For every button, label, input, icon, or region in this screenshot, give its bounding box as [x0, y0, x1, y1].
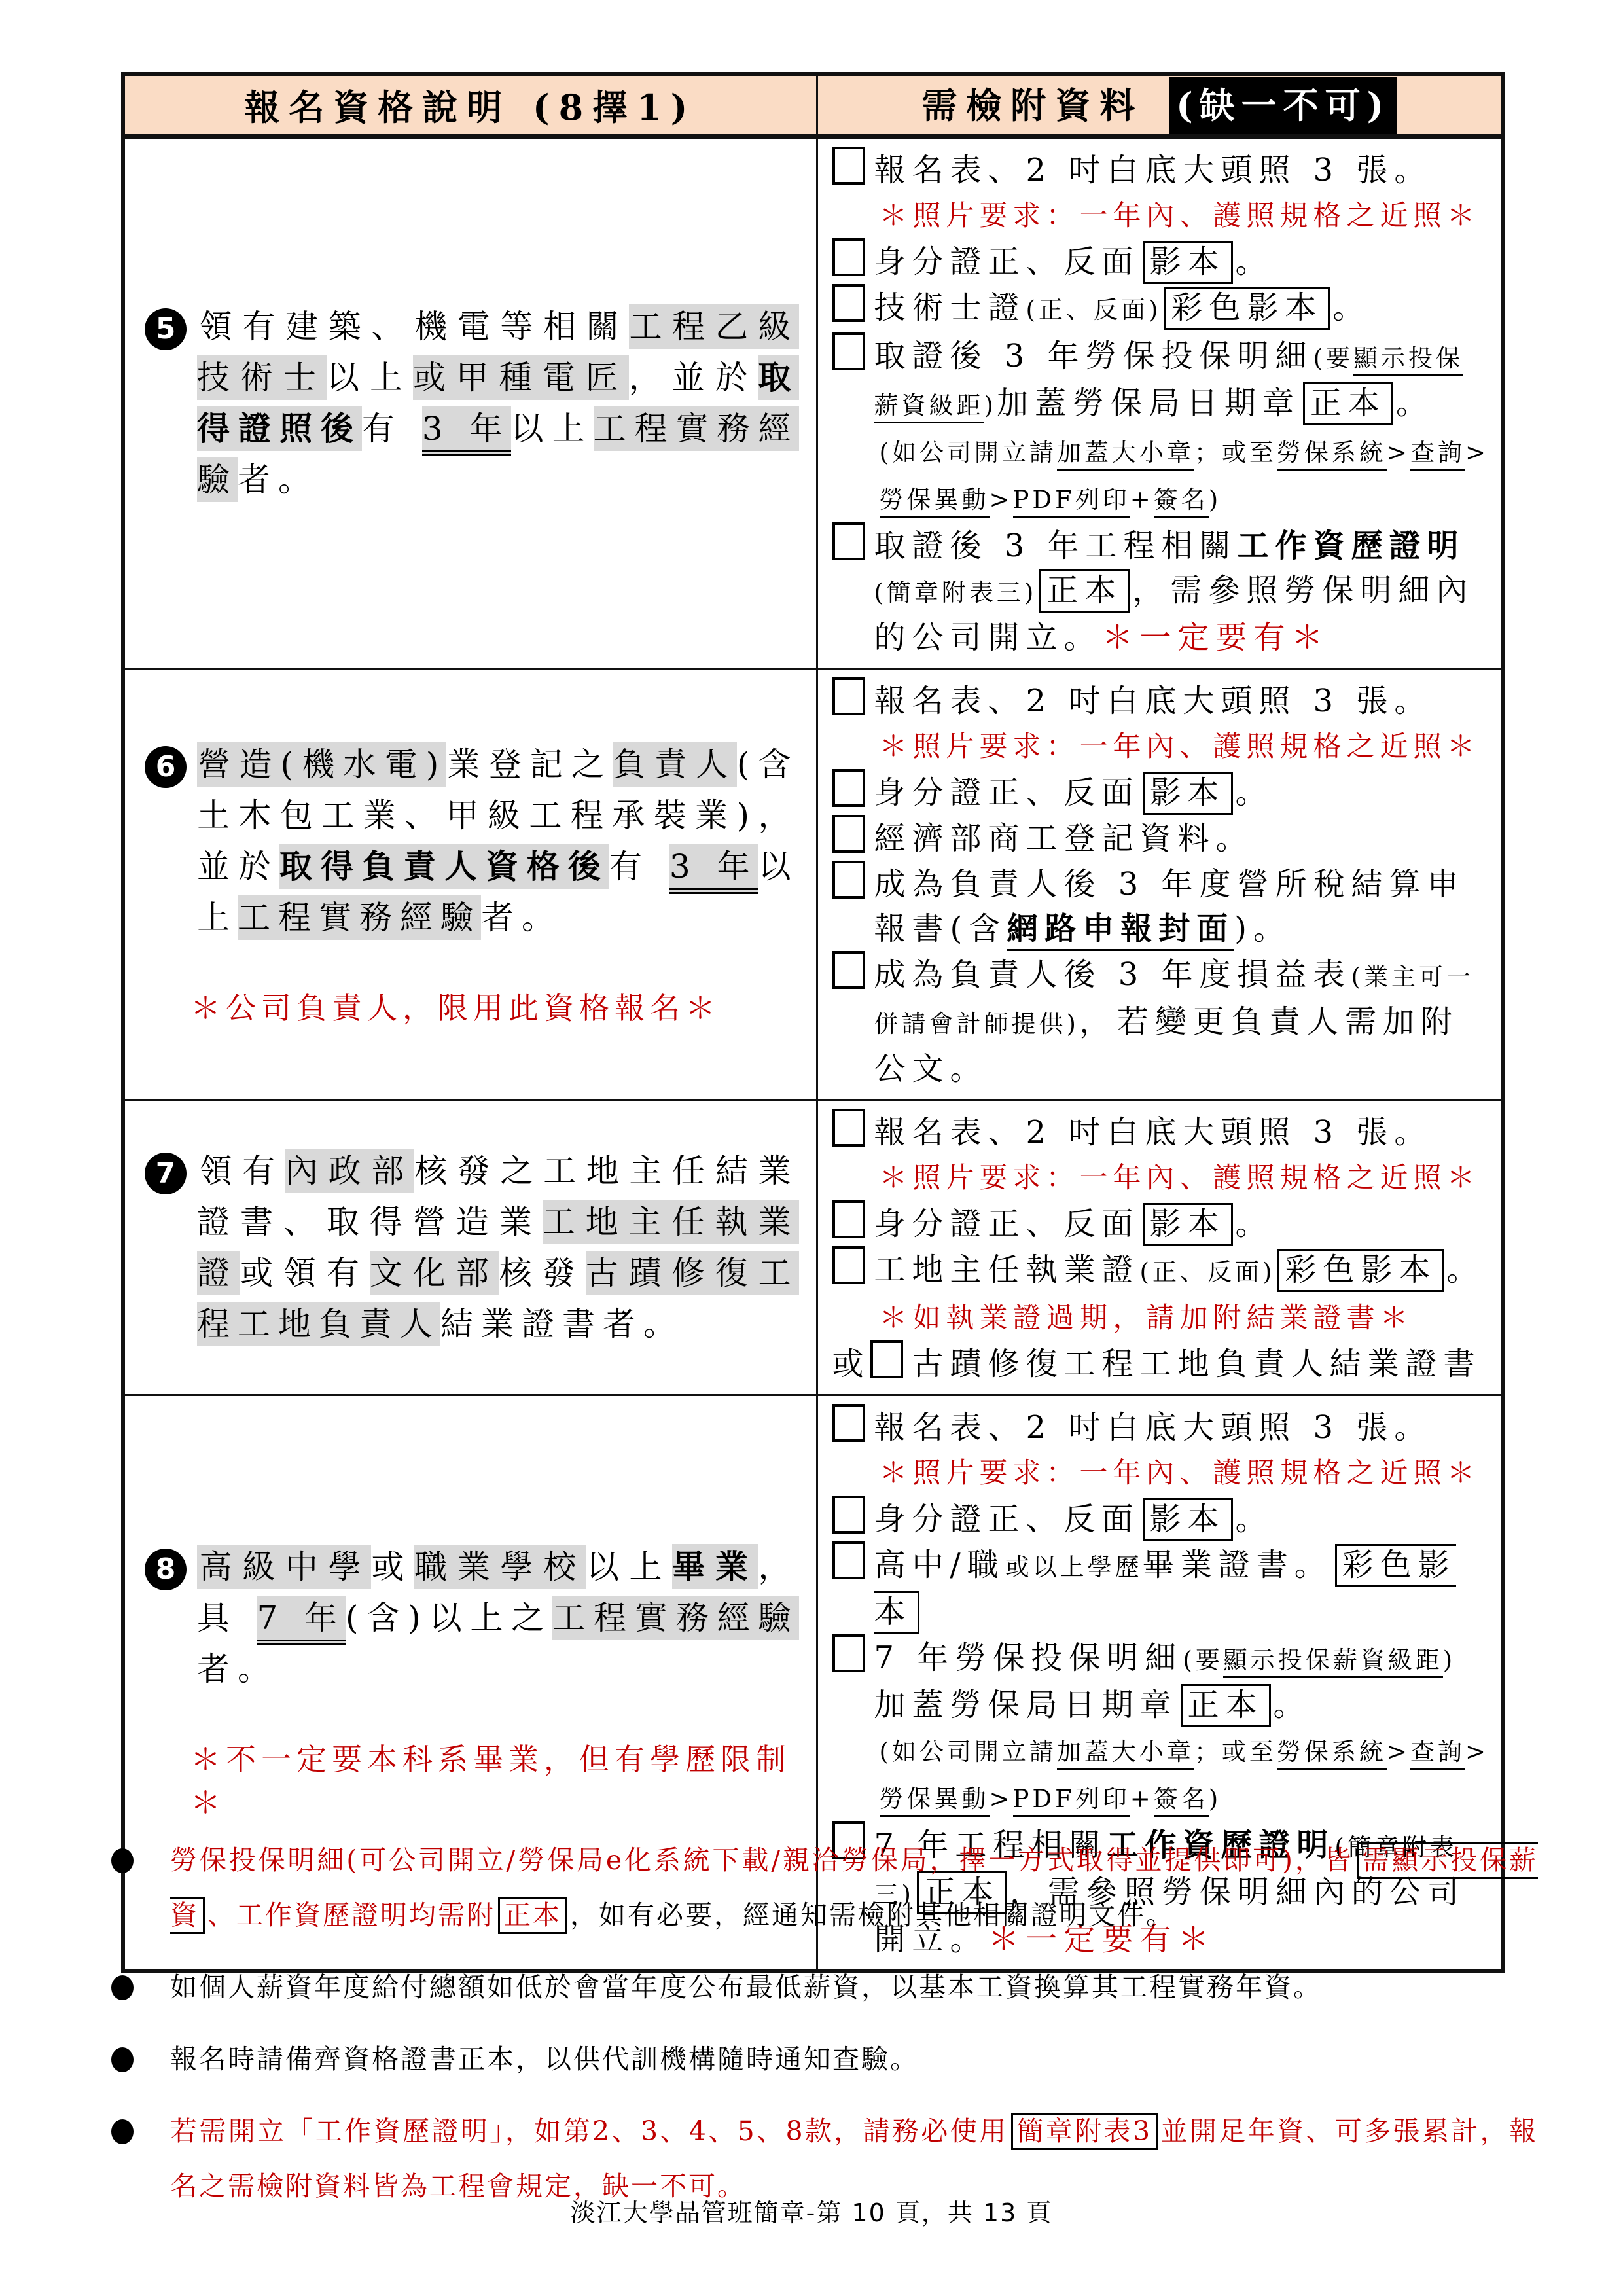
qualification-text: 5領有建築、機電等相關工程乙級技術士以上或甲種電匠，並於取得證照後有 3 年以上…: [145, 301, 799, 505]
text-run: 或甲種電匠: [413, 355, 629, 400]
bullet-icon: [111, 2047, 134, 2072]
document-item: 或古蹟修復工程工地負責人結業證書: [832, 1340, 1491, 1386]
text-run: >: [1465, 439, 1489, 467]
text-run: 。: [1236, 1206, 1274, 1242]
text-run: 負責人: [613, 742, 737, 787]
text-run: 畢業證書。: [1143, 1547, 1332, 1583]
document-item: 7 年勞保投保明細(要顯示投保薪資級距)加蓋勞保局日期章正本。: [832, 1634, 1491, 1727]
text-run: 或: [371, 1548, 414, 1586]
text-run: 報名時請備齊資格證書正本，以供代訓機構隨時通知查驗。: [170, 2043, 919, 2075]
document-item: 身分證正、反面影本。: [832, 238, 1491, 284]
text-run: 。: [1236, 774, 1274, 811]
text-run: (簡章附表三): [874, 579, 1037, 607]
text-run: >: [1465, 1738, 1489, 1766]
text-run: 或以上學歷: [1005, 1553, 1143, 1581]
text-run: 取得負責人資格後: [279, 844, 609, 889]
text-run: ＊不一定要本科系畢業，但有學歷限制＊: [190, 1742, 791, 1820]
note-item: 如個人薪資年度給付總額如低於會當年度公布最低薪資，以基本工資換算其工程實務年資。: [105, 1960, 1538, 2015]
text-run: 。: [1236, 1501, 1274, 1537]
checkbox-icon: [832, 815, 865, 853]
qualification-note: ＊不一定要本科系畢業，但有學歷限制＊: [145, 1738, 799, 1824]
document-item: 高中/職或以上學歷畢業證書。彩色影本: [832, 1541, 1491, 1634]
text-run: 技術士證: [874, 289, 1026, 326]
checkbox-icon: [832, 1541, 865, 1579]
text-run: 加蓋勞保局日期章: [874, 1687, 1178, 1723]
document-item: 取證後 3 年工程相關工作資歷證明(簡章附表三)正本，需參照勞保明細內的公司開立…: [832, 522, 1491, 660]
text-run: 正本: [498, 1897, 567, 1934]
text-run: 正本: [1039, 569, 1130, 613]
text-run: 正本: [1303, 382, 1393, 425]
document-item: 報名表、2 吋白底大頭照 3 張。: [832, 1109, 1491, 1155]
text-run: (要: [1183, 1646, 1222, 1674]
text-run: 3 年: [422, 406, 511, 456]
text-run: 高級中學: [197, 1545, 371, 1589]
text-run: ＊照片要求：一年內、護照規格之近照＊: [880, 1457, 1480, 1490]
text-run: (如公司開立請: [880, 439, 1057, 467]
text-run: 影本: [1143, 241, 1233, 284]
note-item: 報名時請備齊資格證書正本，以供代訓機構隨時通知查驗。: [105, 2032, 1538, 2087]
text-run: 加蓋大小章: [1057, 439, 1194, 471]
col-header-qualification: 報名資格說明 (8擇1): [123, 74, 817, 137]
document-note-line: ＊照片要求：一年內、護照規格之近照＊: [832, 192, 1491, 238]
qualification-cell: 5領有建築、機電等相關工程乙級技術士以上或甲種電匠，並於取得證照後有 3 年以上…: [123, 137, 817, 669]
text-run: ，並於: [629, 359, 758, 397]
document-page: 報名資格說明 (8擇1) 需檢附資料 (缺一不可) 5領有建築、機電等相關工程乙…: [0, 0, 1623, 2296]
checkbox-icon: [870, 1340, 903, 1378]
checkbox-icon: [832, 1496, 865, 1534]
table-body: 5領有建築、機電等相關工程乙級技術士以上或甲種電匠，並於取得證照後有 3 年以上…: [123, 137, 1503, 1972]
table-row: 5領有建築、機電等相關工程乙級技術士以上或甲種電匠，並於取得證照後有 3 年以上…: [123, 137, 1503, 669]
text-run: 7 年勞保投保明細: [874, 1640, 1183, 1676]
text-run: 核發: [499, 1254, 586, 1292]
document-item: 經濟部商工登記資料。: [832, 815, 1491, 861]
text-run: ＊照片要求：一年內、護照規格之近照＊: [880, 200, 1480, 232]
text-run: 或領有: [240, 1254, 370, 1292]
text-run: 報名表、2 吋白底大頭照 3 張。: [874, 683, 1433, 719]
text-run: 業登記之: [446, 745, 613, 783]
text-run: (如公司開立請: [880, 1738, 1057, 1766]
text-run: 影本: [1143, 1203, 1233, 1246]
text-run: 加蓋勞保局日期章: [997, 385, 1300, 422]
text-run: 工作資歷證明: [1238, 528, 1465, 564]
text-run: 簡章附表3: [1011, 2113, 1158, 2150]
text-run: 、工作資歷證明均需附: [207, 1899, 495, 1931]
text-run: PDF列印: [1013, 486, 1130, 518]
text-run: 勞保系統: [1277, 439, 1387, 471]
document-note-line: ＊照片要求：一年內、護照規格之近照＊: [832, 1155, 1491, 1200]
qualification-cell: 7領有內政部核發之工地主任結業證書、取得營造業工地主任執業證或領有文化部核發古蹟…: [123, 1100, 817, 1395]
text-run: 有: [609, 848, 669, 886]
required-badge: (缺一不可): [1169, 77, 1397, 134]
text-run: +: [1130, 1785, 1154, 1813]
text-run: 取證後 3 年勞保投保明細: [874, 338, 1313, 374]
text-run: )。: [1234, 910, 1291, 947]
text-run: 勞保異動: [880, 486, 990, 518]
text-run: 者。: [197, 1650, 278, 1688]
text-run: ；或至: [1194, 439, 1277, 467]
text-run: (正、反面): [1140, 1258, 1275, 1286]
text-run: 經濟部商工登記資料。: [874, 820, 1254, 857]
text-run: 報名表、2 吋白底大頭照 3 張。: [874, 152, 1433, 188]
text-run: 身分證正、反面: [874, 243, 1140, 280]
text-run: 。: [1446, 1251, 1484, 1288]
text-run: 3 年: [669, 844, 758, 894]
bullet-icon: [111, 2119, 134, 2144]
document-item: 身分證正、反面影本。: [832, 769, 1491, 815]
text-run: 如個人薪資年度給付總額如低於會當年度公布最低薪資，以基本工資換算其工程實務年資。: [170, 1971, 1322, 2003]
checkbox-icon: [832, 332, 865, 370]
checkbox-icon: [832, 769, 865, 807]
item-number-badge: 8: [145, 1549, 187, 1590]
text-run: 有: [362, 410, 422, 448]
document-note-line: (如公司開立請加蓋大小章；或至勞保系統>查詢>勞保異動>PDF列印+簽名): [832, 428, 1491, 522]
documents-cell: 報名表、2 吋白底大頭照 3 張。＊照片要求：一年內、護照規格之近照＊身分證正、…: [817, 1100, 1503, 1395]
text-run: ): [1209, 486, 1221, 514]
text-run: >: [990, 1785, 1013, 1813]
text-run: +: [1130, 486, 1154, 514]
qualification-table: 報名資格說明 (8擇1) 需檢附資料 (缺一不可) 5領有建築、機電等相關工程乙…: [121, 72, 1505, 1973]
text-run: 工地主任執業證: [874, 1251, 1140, 1288]
checkbox-icon: [832, 522, 865, 560]
checkbox-icon: [832, 238, 865, 276]
text-run: 查詢: [1410, 1738, 1465, 1770]
checkbox-icon: [832, 1109, 865, 1147]
table-row: 7領有內政部核發之工地主任結業證書、取得營造業工地主任執業證或領有文化部核發古蹟…: [123, 1100, 1503, 1395]
text-run: ): [1443, 1646, 1455, 1674]
text-run: 高中/職: [874, 1547, 1005, 1583]
document-item: 報名表、2 吋白底大頭照 3 張。: [832, 677, 1491, 723]
text-run: >: [1387, 1738, 1410, 1766]
text-run: 。: [1236, 243, 1274, 280]
text-run: ＊一定要有＊: [1102, 619, 1330, 656]
text-run: 。: [1332, 289, 1370, 326]
text-run: 營造(機水電): [197, 742, 446, 787]
text-run: 報名表、2 吋白底大頭照 3 張。: [874, 1114, 1433, 1151]
text-run: 若需開立「工作資歷證明」，如第2、3、4、5、8款，請務必使用: [170, 2115, 1008, 2147]
text-run: 領有建築、機電等相關: [197, 308, 629, 346]
checkbox-icon: [832, 284, 865, 322]
text-run: ＊公司負責人，限用此資格報名＊: [190, 990, 721, 1026]
checkbox-icon: [832, 1200, 865, 1238]
text-run: 顯示投保薪資級距: [1223, 1646, 1443, 1678]
text-run: ，如有必要，經通知需檢附其他相關證明文件。: [570, 1899, 1175, 1931]
bullet-icon: [111, 1848, 134, 1873]
text-run: ；或至: [1194, 1738, 1277, 1766]
item-number-badge: 7: [145, 1153, 187, 1194]
col-header-qualification-label: 報名資格說明 (8擇1): [244, 86, 696, 128]
text-run: ＊照片要求：一年內、護照規格之近照＊: [880, 730, 1480, 763]
text-run: 網路申報封面: [1007, 910, 1234, 951]
text-run: 者。: [481, 899, 562, 937]
document-item: 身分證正、反面影本。: [832, 1496, 1491, 1541]
table-row: 6營造(機水電)業登記之負責人(含土木包工業、甲級工程承裝業)，並於取得負責人資…: [123, 669, 1503, 1100]
text-run: 工程實務經驗: [238, 895, 481, 940]
text-run: 勞保異動: [880, 1785, 990, 1817]
text-run: 文化部: [370, 1251, 499, 1295]
text-run: 彩色影本: [1164, 287, 1330, 330]
text-run: 加蓋大小章: [1057, 1738, 1194, 1770]
text-run: 簽名: [1154, 1785, 1209, 1817]
text-run: 身分證正、反面: [874, 1206, 1140, 1242]
checkbox-icon: [832, 1634, 865, 1672]
qualification-note: ＊公司負責人，限用此資格報名＊: [145, 986, 799, 1030]
document-note-line: (如公司開立請加蓋大小章；或至勞保系統>查詢>勞保異動>PDF列印+簽名): [832, 1727, 1491, 1821]
document-item: 成為負責人後 3 年度營所稅結算申報書(含網路申報封面)。: [832, 861, 1491, 951]
checkbox-icon: [832, 1404, 865, 1442]
text-run: 內政部: [285, 1149, 414, 1193]
text-run: 工程實務經驗: [552, 1596, 798, 1640]
text-run: 以上: [586, 1548, 672, 1586]
document-note-line: ＊如執業證過期，請加附結業證書＊: [832, 1295, 1491, 1340]
text-run: 影本: [1143, 772, 1233, 815]
text-run: 勞保投保明細(可公司開立/勞保局e化系統下載/親洽勞保局，擇一方式取得並提供即可…: [170, 1844, 1354, 1876]
documents-cell: 報名表、2 吋白底大頭照 3 張。＊照片要求：一年內、護照規格之近照＊身分證正、…: [817, 137, 1503, 669]
text-run: ＊照片要求：一年內、護照規格之近照＊: [880, 1162, 1480, 1194]
document-item: 身分證正、反面影本。: [832, 1200, 1491, 1246]
text-run: 古蹟修復工程工地負責人結業證書: [912, 1346, 1482, 1382]
document-item: 工地主任執業證(正、反面)彩色影本。: [832, 1246, 1491, 1295]
qualification-text: 8高級中學或職業學校以上畢業，具 7 年(含)以上之工程實務經驗者。: [145, 1541, 799, 1695]
item-number-badge: 5: [145, 308, 187, 350]
text-run: ＊如執業證過期，請加附結業證書＊: [880, 1302, 1414, 1335]
bullet-icon: [111, 1975, 134, 2000]
text-run: >: [990, 486, 1013, 514]
text-run: 者。: [238, 461, 319, 499]
document-note-line: ＊照片要求：一年內、護照規格之近照＊: [832, 723, 1491, 769]
qualification-cell: 6營造(機水電)業登記之負責人(含土木包工業、甲級工程承裝業)，並於取得負責人資…: [123, 669, 817, 1100]
text-run: 影本: [1143, 1498, 1233, 1541]
text-run: 成為負責人後 3 年度損益表: [874, 956, 1351, 993]
document-item: 取證後 3 年勞保投保明細(要顯示投保薪資級距)加蓋勞保局日期章正本。: [832, 332, 1491, 428]
text-run: >: [1387, 439, 1410, 467]
col-header-documents: 需檢附資料 (缺一不可): [817, 74, 1503, 137]
text-run: 7 年: [257, 1596, 346, 1645]
checkbox-icon: [832, 677, 865, 715]
text-run: 勞保系統: [1277, 1738, 1387, 1770]
text-run: 。: [1396, 385, 1434, 422]
page-footer: 淡江大學品管班簡章-第 10 頁，共 13 頁: [0, 2193, 1623, 2229]
document-note-line: ＊照片要求：一年內、護照規格之近照＊: [832, 1450, 1491, 1496]
text-run: 職業學校: [414, 1545, 586, 1589]
notes-list: 勞保投保明細(可公司開立/勞保局e化系統下載/親洽勞保局，擇一方式取得並提供即可…: [105, 1833, 1538, 2231]
document-item: 成為負責人後 3 年度損益表(業主可一併請會計師提供)，若變更負責人需加附公文。: [832, 951, 1491, 1091]
text-run: ): [1209, 1785, 1221, 1813]
checkbox-icon: [832, 951, 865, 989]
qualification-text: 7領有內政部核發之工地主任結業證書、取得營造業工地主任執業證或領有文化部核發古蹟…: [145, 1145, 799, 1350]
document-item: 報名表、2 吋白底大頭照 3 張。: [832, 1404, 1491, 1450]
text-run: 以上: [327, 359, 413, 397]
item-number-badge: 6: [145, 746, 187, 788]
text-run: 簽名: [1154, 486, 1209, 518]
table-header-row: 報名資格說明 (8擇1) 需檢附資料 (缺一不可): [123, 74, 1503, 137]
qualification-text: 6營造(機水電)業登記之負責人(含土木包工業、甲級工程承裝業)，並於取得負責人資…: [145, 739, 799, 943]
text-run: 或: [832, 1346, 870, 1382]
text-run: 彩色影本: [1277, 1249, 1444, 1292]
text-run: 查詢: [1410, 439, 1465, 471]
text-run: (含)以上之: [346, 1599, 552, 1637]
text-run: 畢業: [672, 1544, 758, 1589]
text-run: 以上: [511, 410, 594, 448]
text-run: 報名表、2 吋白底大頭照 3 張。: [874, 1409, 1433, 1446]
checkbox-icon: [832, 1246, 865, 1284]
text-run: 結業證書者。: [440, 1305, 684, 1343]
text-run: 領有: [197, 1152, 285, 1190]
text-run: PDF列印: [1013, 1785, 1130, 1817]
note-item: 勞保投保明細(可公司開立/勞保局e化系統下載/親洽勞保局，擇一方式取得並提供即可…: [105, 1833, 1538, 1943]
text-run: 。: [1274, 1687, 1311, 1723]
text-run: ): [984, 391, 997, 420]
text-run: 身分證正、反面: [874, 1501, 1140, 1537]
text-run: (正、反面): [1026, 296, 1162, 324]
checkbox-icon: [832, 861, 865, 899]
text-run: 正本: [1181, 1684, 1271, 1727]
checkbox-icon: [832, 147, 865, 185]
document-item: 技術士證(正、反面)彩色影本。: [832, 284, 1491, 332]
col-header-documents-label: 需檢附資料: [921, 84, 1144, 126]
documents-cell: 報名表、2 吋白底大頭照 3 張。＊照片要求：一年內、護照規格之近照＊身分證正、…: [817, 669, 1503, 1100]
text-run: 身分證正、反面: [874, 774, 1140, 811]
text-run: (要: [1313, 344, 1353, 372]
text-run: 取證後 3 年工程相關: [874, 528, 1238, 564]
document-item: 報名表、2 吋白底大頭照 3 張。: [832, 147, 1491, 192]
